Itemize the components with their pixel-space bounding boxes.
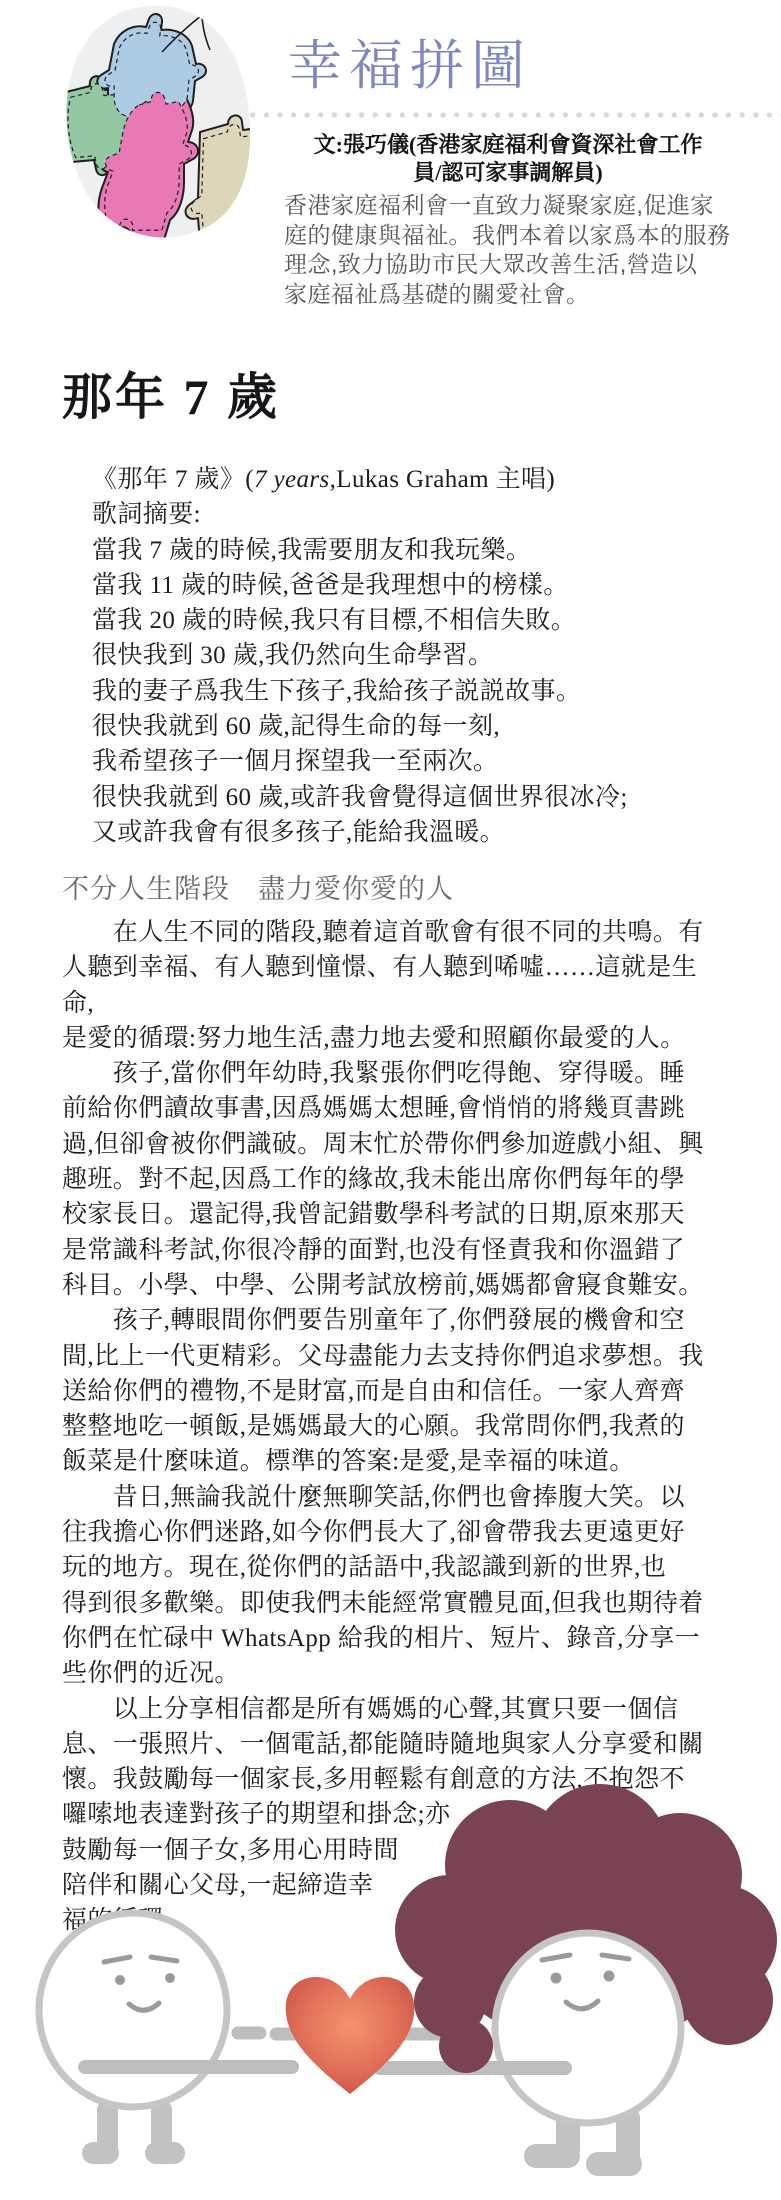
arms (85, 2033, 565, 2068)
body-paragraph: 在人生不同的階段,聽着這首歌會有很不同的共鳴。有 人聽到幸福、有人聽到憧憬、有人… (62, 915, 727, 1056)
song-reference: 《那年 7 歲》(7 years,Lukas Graham 主唱) (92, 462, 628, 497)
article-body: 在人生不同的階段,聽着這首歌會有很不同的共鳴。有 人聽到幸福、有人聽到憧憬、有人… (62, 915, 727, 1939)
puzzle-piece-blue (97, 14, 206, 123)
body-paragraph: 以上分享相信都是所有媽媽的心聲,其實只要一個信 息、一張照片、一個電話,都能隨時… (62, 1692, 727, 1939)
parent-face-features (542, 1955, 629, 2009)
song-ref-prefix: 《那年 7 歲》( (92, 466, 254, 493)
section-subheading: 不分人生階段 盡力愛你愛的人 (62, 872, 454, 906)
song-ref-suffix: ,Lukas Graham 主唱) (330, 466, 556, 493)
lyrics-excerpt: 當我 7 歲的時候,我需要朋友和我玩樂。 當我 11 歲的時候,爸爸是我理想中的… (92, 533, 628, 851)
puzzle-illustration (50, 0, 268, 242)
parent-face (495, 1933, 681, 2123)
puzzle-piece-beige (186, 115, 262, 242)
song-title-english: 7 years (254, 466, 330, 493)
byline: 文:張巧儀(香港家庭福利會資深社會工作 員/認可家事調解員) (258, 131, 758, 187)
body-paragraph: 昔日,無論我説什麼無聊笑話,你們也會捧腹大笑。以 往我擔心你們迷路,如今你們長大… (62, 1480, 727, 1692)
body-paragraph: 孩子,轉眼間你們要告別童年了,你們發展的機會和空 間,比上一代更精彩。父母盡能力… (62, 1303, 727, 1479)
puzzle-piece-pink (98, 81, 198, 240)
column-title: 幸福拼圖 (288, 36, 532, 96)
child-figure (39, 1913, 227, 2164)
lyrics-block: 《那年 7 歲》(7 years,Lukas Graham 主唱) 歌詞摘要: … (92, 462, 628, 850)
magazine-page: 幸福拼圖 文:張巧儀(香港家庭福利會資深社會工作 員/認可家事調解員) 香港家庭… (0, 0, 781, 2200)
organisation-intro: 香港家庭福利會一直致力凝聚家庭,促進家 庭的健康與福祉。我們本着以家爲本的服務 … (284, 191, 744, 309)
body-paragraph: 孩子,當你們年幼時,我緊張你們吃得飽、穿得暖。睡 前給你們讀故事書,因爲媽媽太想… (62, 1056, 727, 1303)
puzzle-piece-green (63, 76, 143, 175)
child-face (39, 1913, 227, 2107)
hair-curls (414, 1966, 493, 2073)
child-face-features (104, 1957, 177, 2010)
heart-icon (286, 1977, 415, 2094)
egg-background (66, 6, 250, 238)
dotted-separator (246, 111, 781, 119)
lyrics-label: 歌詞摘要: (92, 497, 628, 532)
article-title: 那年 7 歲 (62, 366, 280, 428)
child-legs (82, 2100, 185, 2164)
sketch-line (162, 0, 220, 52)
parent-legs (524, 2100, 642, 2176)
